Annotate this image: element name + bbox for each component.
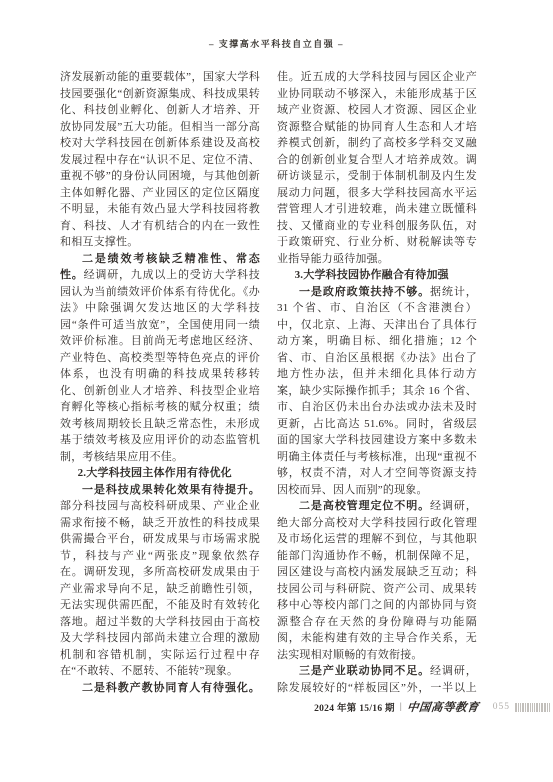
paragraph-lead: 二是科教产教协同育人有待强化。 (82, 682, 260, 694)
magazine-page: – 支撑高水平科技自立自强 – 济发展新动能的重要载体”，国家大学科技园要强化“… (0, 0, 553, 782)
section-heading: 2.大学科技园主体作用有待优化 (60, 465, 260, 482)
paragraph: 三是产业联动协同不足。经调研，除发展较好的“样板园区”外，一半以上大学科技园仍以… (277, 663, 477, 697)
paragraph: 二是科教产教协同育人有待强化。调研发现，八成左右的大学科技园在与高校及其他机构联… (60, 680, 260, 698)
paragraph: 一是政府政策扶持不够。据统计，31 个省、市、自治区（不含港澳台）中，仅北京、上… (277, 284, 477, 499)
paragraph: 佳。近五成的大学科技园与园区企业产业协同联动不够深入，未能形成基于区域产业资源、… (277, 69, 477, 267)
paragraph: 一是科技成果转化效果有待提升。部分科技园与高校科研成果、产业企业需求衔接不畅，缺… (60, 482, 260, 680)
paragraph: 济发展新动能的重要载体”，国家大学科技园要强化“创新资源集成、科技成果转化、科技… (60, 69, 260, 251)
running-head: – 支撑高水平科技自立自强 – (0, 37, 553, 50)
article-content: 济发展新动能的重要载体”，国家大学科技园要强化“创新资源集成、科技成果转化、科技… (60, 69, 477, 697)
paragraph-lead: 二是绩效考核缺乏精准性、常态性。 (60, 253, 260, 282)
section-heading: 3.大学科技园协作融合有待加强 (277, 267, 477, 284)
journal-logo: 中国高等教育 (406, 699, 480, 715)
paragraph-lead: 一是科技成果转化效果有待提升。 (82, 484, 260, 496)
footer-issue: 2024 年第 15/16 期 (314, 700, 395, 714)
page-number: 055 (493, 702, 510, 712)
paragraph-lead: 三是产业联动协同不足。 (299, 665, 430, 677)
barcode-icon (515, 703, 551, 712)
paragraph-lead: 一是政府政策扶持不够。 (299, 286, 430, 298)
footer-divider: | (400, 702, 402, 712)
paragraph: 二是高校管理定位不明。经调研，绝大部分高校对大学科技园行政化管理及市场化运营的理… (277, 498, 477, 663)
paragraph-lead: 二是高校管理定位不明。 (299, 500, 430, 512)
footer: 2024 年第 15/16 期 | 中国高等教育 055 (314, 699, 551, 715)
column-right: 佳。近五成的大学科技园与园区企业产业协同联动不够深入，未能形成基于区域产业资源、… (277, 69, 477, 697)
paragraph: 二是绩效考核缺乏精准性、常态性。经调研，九成以上的受访大学科技园认为当前绩效评价… (60, 251, 260, 466)
column-left: 济发展新动能的重要载体”，国家大学科技园要强化“创新资源集成、科技成果转化、科技… (60, 69, 260, 697)
